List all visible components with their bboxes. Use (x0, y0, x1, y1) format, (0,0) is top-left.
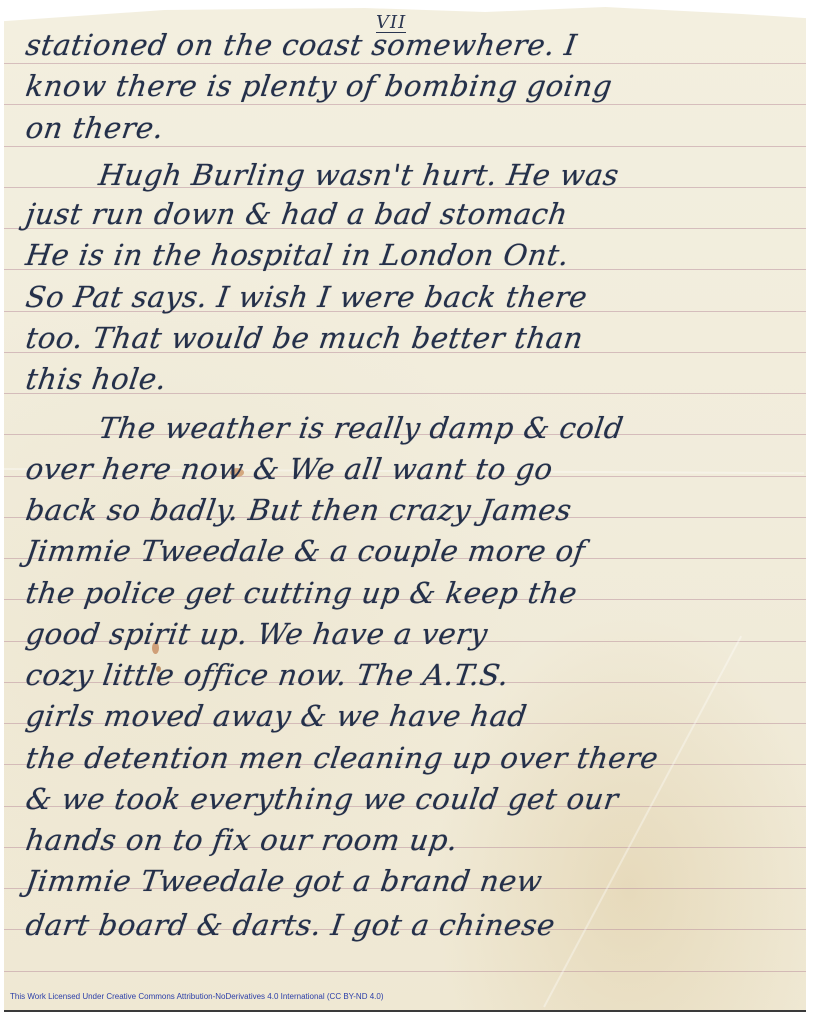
handwritten-line: just run down & had a bad stomach (24, 197, 809, 231)
ruled-line (4, 971, 806, 972)
handwritten-line: know there is plenty of bombing going (24, 69, 809, 103)
handwritten-line: girls moved away & we have had (24, 699, 809, 733)
handwritten-line: & we took everything we could get our (24, 782, 809, 816)
scanned-page: VII stationed on the coast somewhere. I … (0, 0, 814, 1024)
handwritten-line: the police get cutting up & keep the (24, 576, 809, 610)
letter-paper: VII stationed on the coast somewhere. I … (4, 6, 806, 1012)
handwritten-line: dart board & darts. I got a chinese (24, 908, 809, 942)
handwritten-line: So Pat says. I wish I were back there (24, 280, 809, 314)
handwritten-line: Hugh Burling wasn't hurt. He was (97, 158, 814, 192)
handwritten-line: Jimmie Tweedale & a couple more of (24, 534, 809, 568)
handwritten-line: the detention men cleaning up over there (24, 741, 809, 775)
ruled-line (4, 63, 806, 64)
handwritten-line: this hole. (24, 362, 809, 396)
ruled-line (4, 146, 806, 147)
handwritten-line: cozy little office now. The A.T.S. (24, 658, 809, 692)
handwritten-line: He is in the hospital in London Ont. (24, 238, 809, 272)
ruled-line (4, 104, 806, 105)
handwritten-line: Jimmie Tweedale got a brand new (24, 864, 809, 898)
handwritten-line: hands on to fix our room up. (24, 823, 809, 857)
handwritten-line: back so badly. But then crazy James (24, 493, 809, 527)
handwritten-line: good spirit up. We have a very (24, 617, 809, 651)
handwritten-line: over here now & We all want to go (24, 452, 809, 486)
handwritten-line: The weather is really damp & cold (97, 411, 814, 445)
handwritten-line: too. That would be much better than (24, 321, 809, 355)
handwritten-line: stationed on the coast somewhere. I (24, 28, 809, 62)
license-notice: This Work Licensed Under Creative Common… (10, 992, 383, 1001)
handwritten-line: on there. (24, 111, 809, 145)
